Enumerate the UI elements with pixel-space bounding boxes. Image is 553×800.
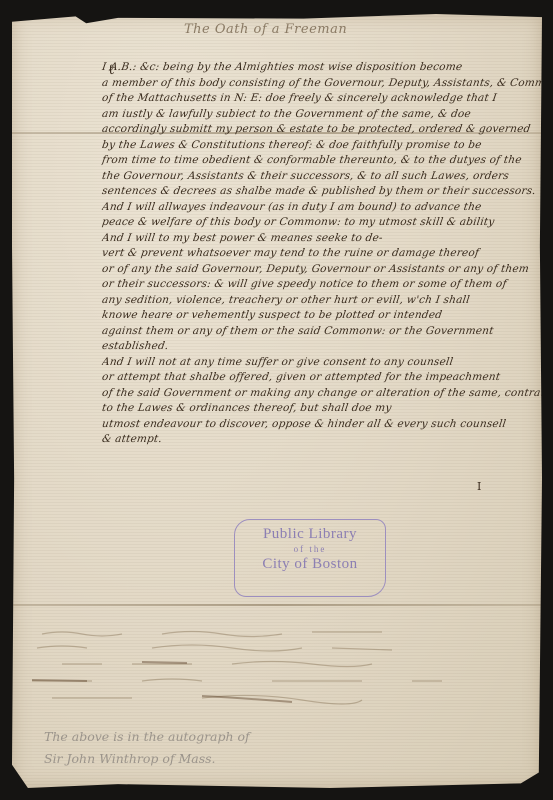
text-line: established. <box>101 339 543 355</box>
text-line: of the said Government or making any cha… <box>101 386 543 402</box>
text-line: by the Lawes & Constitutions thereof: & … <box>101 138 543 154</box>
text-line: or attempt that shalbe offered, given or… <box>101 370 543 386</box>
text-line: a member of this body consisting of the … <box>101 76 543 92</box>
library-stamp: Public Library of the City of Boston <box>234 519 386 597</box>
text-line: & attempt. <box>101 432 543 448</box>
text-line: vert & prevent whatsoever may tend to th… <box>101 246 543 262</box>
text-line: any sedition, violence, treachery or oth… <box>101 293 543 309</box>
bleed-through-strokes-icon <box>32 626 492 716</box>
text-line: to the Lawes & ordinances thereof, but s… <box>101 401 543 417</box>
text-line: of the Mattachusetts in N: E: doe freely… <box>101 91 543 107</box>
stamp-line-2: of the <box>235 544 385 554</box>
oath-body: I A.B.: &c: being by the Almighties most… <box>102 60 542 448</box>
fold-crease <box>12 604 542 606</box>
manuscript-page: The Oath of a Freeman ℓ I A.B.: &c: bein… <box>12 14 542 788</box>
text-line: sentences & decrees as shalbe made & pub… <box>101 184 543 200</box>
text-line: am iustly & lawfully subiect to the Gove… <box>101 107 543 123</box>
text-line: against them or any of them or the said … <box>101 324 543 340</box>
stamp-line-3: City of Boston <box>235 556 385 573</box>
text-line: I A.B.: &c: being by the Almighties most… <box>101 60 543 76</box>
end-mark: I <box>477 480 481 493</box>
pencil-note-line-1: The above is in the autograph of <box>44 726 404 748</box>
text-line: accordingly submitt my person & estate t… <box>101 122 543 138</box>
text-line: And I will not at any time suffer or giv… <box>101 355 543 371</box>
text-line: knowe heare or vehemently suspect to be … <box>101 308 543 324</box>
text-line: peace & welfare of this body or Commonw:… <box>101 215 543 231</box>
pencil-note-line-2: Sir John Winthrop of Mass. <box>44 748 404 770</box>
text-line: or their successors: & will give speedy … <box>101 277 543 293</box>
text-line: from time to time obedient & conformable… <box>101 153 543 169</box>
bleed-through-text <box>32 626 492 719</box>
document-heading: The Oath of a Freeman <box>184 22 404 37</box>
text-line: And I will allwayes indeavour (as in dut… <box>101 200 543 216</box>
text-line: utmost endeavour to discover, oppose & h… <box>101 417 543 433</box>
stamp-line-1: Public Library <box>235 526 385 543</box>
pencil-annotation: The above is in the autograph of Sir Joh… <box>44 726 404 770</box>
text-line: the Governour, Assistants & their succes… <box>101 169 543 185</box>
text-line: And I will to my best power & meanes see… <box>101 231 543 247</box>
text-line: or of any the said Governour, Deputy, Go… <box>101 262 543 278</box>
